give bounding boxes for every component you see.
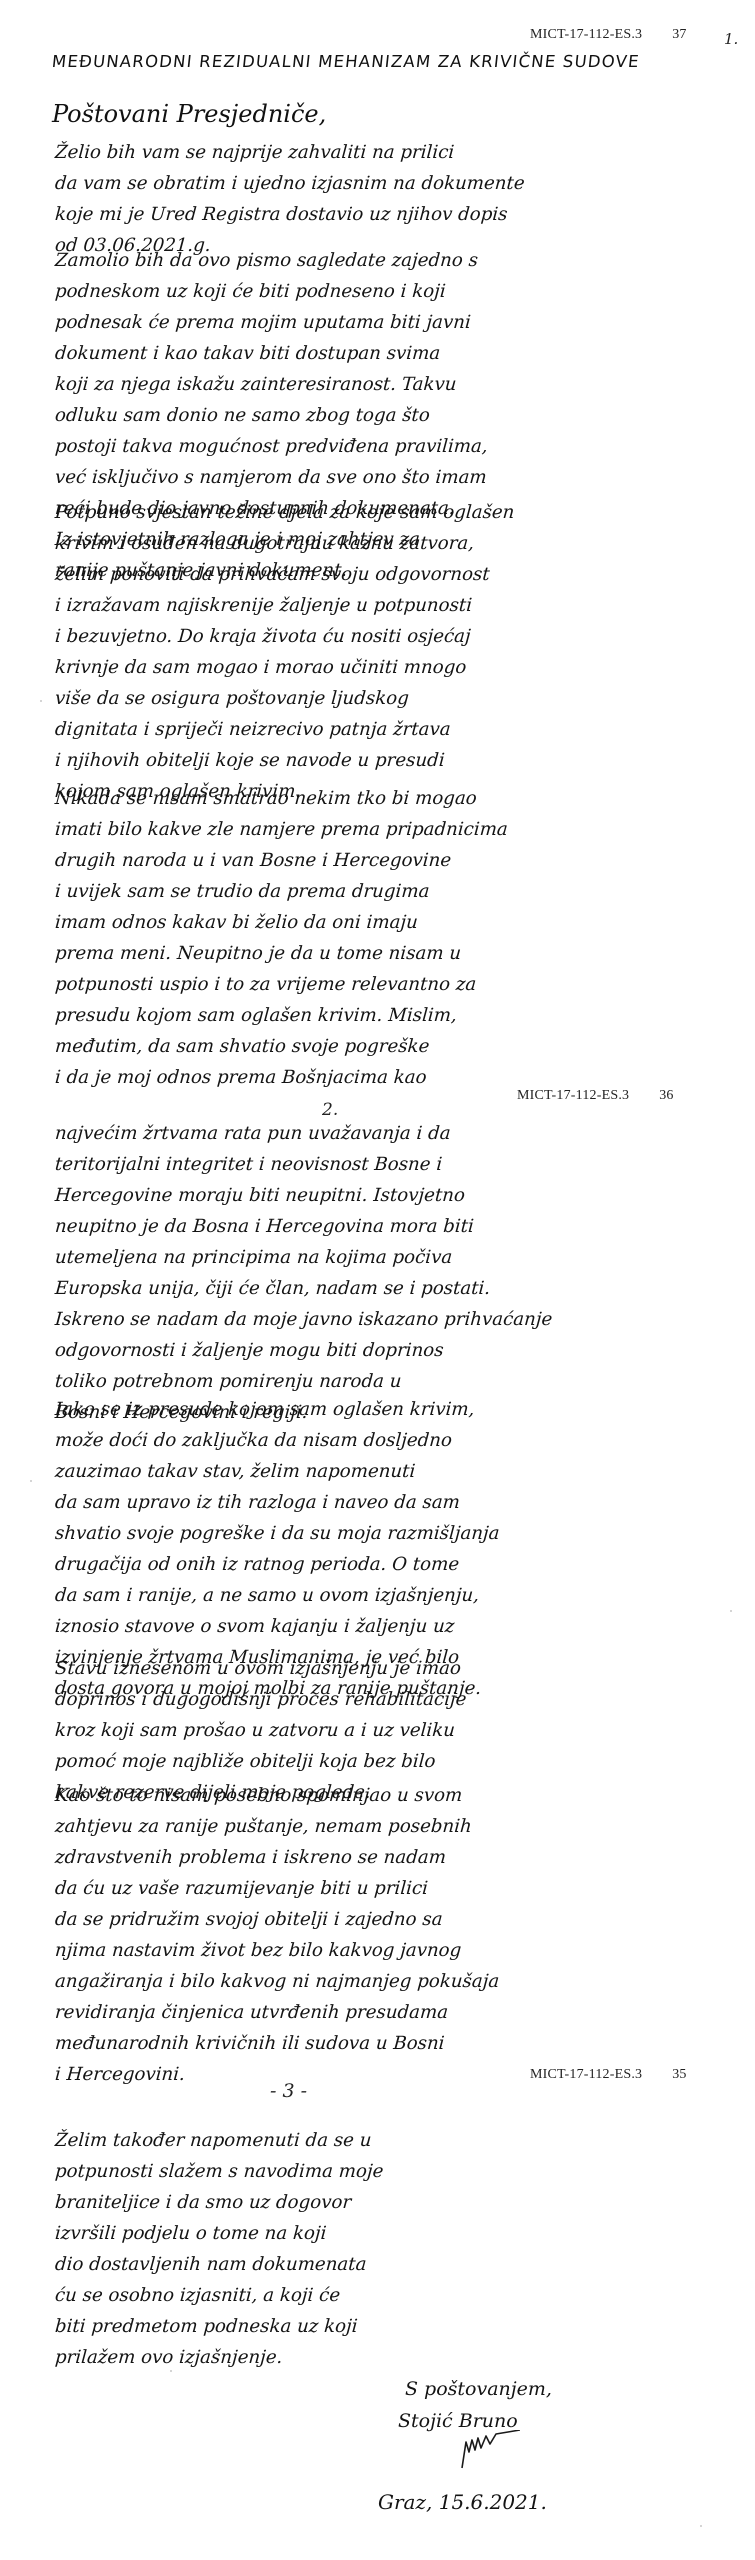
text-line: zdravstvenih problema i iskreno se nadam — [54, 1842, 726, 1873]
text-line: zauzimao takav stav, želim napomenuti — [54, 1456, 726, 1487]
letter-title: MEĐUNARODNI REZIDUALNI MEHANIZAM ZA KRIV… — [51, 52, 713, 71]
text-line: odgovornosti i žaljenje mogu biti doprin… — [54, 1335, 726, 1366]
scan-speck — [730, 1610, 732, 1612]
text-line: najvećim žrtvama rata pun uvažavanja i d… — [54, 1118, 726, 1149]
text-line: podnesak će prema mojim uputama biti jav… — [54, 307, 726, 338]
text-line: koje mi je Ured Registra dostavio uz nji… — [54, 199, 726, 230]
scan-speck — [170, 2370, 172, 2372]
text-line: ću se osobno izjasniti, a koji će — [54, 2280, 726, 2311]
text-line: dokument i kao takav biti dostupan svima — [54, 338, 726, 369]
signatory-name: Stojić Bruno — [398, 2410, 518, 2432]
text-line: podneskom uz koji će biti podneseno i ko… — [54, 276, 726, 307]
text-line: Zamolio bih da ovo pismo sagledate zajed… — [54, 245, 726, 276]
page-header: MICT-17-112-ES.336 — [517, 1088, 674, 1104]
text-line: dio dostavljenih nam dokumenata — [54, 2249, 726, 2280]
paragraph: Želim također napomenuti da se u potpuno… — [55, 2125, 725, 2373]
text-line: Stavu iznesenom u ovom izjašnjenju je im… — [54, 1653, 726, 1684]
text-line: utemeljena na principima na kojima počiv… — [54, 1242, 726, 1273]
page-header: MICT-17-112-ES.337 — [530, 27, 687, 43]
text-line: može doći do zaključka da nisam dosljedn… — [54, 1425, 726, 1456]
text-line: drugačija od onih iz ratnog perioda. O t… — [54, 1549, 726, 1580]
text-line: koji za njega iskažu zainteresiranost. T… — [54, 369, 726, 400]
handwritten-page-mark: 2. — [322, 1100, 338, 1120]
text-line: Kao što to nisam posebno spominjao u svo… — [54, 1780, 726, 1811]
text-line: neupitno je da Bosna i Hercegovina mora … — [54, 1211, 726, 1242]
text-line: iznosio stavove o svom kajanju i žaljenj… — [54, 1611, 726, 1642]
text-line: prema meni. Neupitno je da u tome nisam … — [54, 938, 726, 969]
paragraph: Potpuno svjestan težine djela za koje sa… — [55, 497, 725, 807]
text-line: toliko potrebnom pomirenju naroda u — [54, 1366, 726, 1397]
text-line: presudu kojom sam oglašen krivim. Mislim… — [54, 1000, 726, 1031]
text-line: prilažem ovo izjašnjenje. — [54, 2342, 726, 2373]
text-line: međunarodnih krivičnih ili sudova u Bosn… — [54, 2028, 726, 2059]
text-line: da sam i ranije, a ne samo u ovom izjašn… — [54, 1580, 726, 1611]
paragraph: Želio bih vam se najprije zahvaliti na p… — [55, 137, 725, 261]
text-line: da se pridružim svojoj obitelji i zajedn… — [54, 1904, 726, 1935]
page-number: 37 — [672, 27, 686, 42]
text-line: kroz koji sam prošao u zatvoru a i uz ve… — [54, 1715, 726, 1746]
text-line: Europska unija, čiji će član, nadam se i… — [54, 1273, 726, 1304]
text-line: Iskreno se nadam da moje javno iskazano … — [54, 1304, 726, 1335]
paragraph: Kao što to nisam posebno spominjao u svo… — [55, 1780, 725, 2090]
text-line: doprinos i dugogodišnji proces rehabilit… — [54, 1684, 726, 1715]
text-line: krivim i osuđen na dugotrajnu kaznu zatv… — [54, 528, 726, 559]
text-line: revidiranja činjenica utvrđenih presudam… — [54, 1997, 726, 2028]
text-line: dignitata i spriječi neizrecivo patnja ž… — [54, 714, 726, 745]
text-line: krivnje da sam mogao i morao učiniti mno… — [54, 652, 726, 683]
page-header: MICT-17-112-ES.335 — [530, 2067, 687, 2083]
text-line: teritorijalni integritet i neovisnost Bo… — [54, 1149, 726, 1180]
text-line: da ću uz vaše razumijevanje biti u prili… — [54, 1873, 726, 1904]
text-line: već isključivo s namjerom da sve ono što… — [54, 462, 726, 493]
text-line: drugih naroda u i van Bosne i Hercegovin… — [54, 845, 726, 876]
text-line: Potpuno svjestan težine djela za koje sa… — [54, 497, 726, 528]
scan-speck — [30, 1480, 32, 1482]
closing-phrase: S poštovanjem, — [405, 2378, 552, 2400]
text-line: više da se osigura poštovanje ljudskog — [54, 683, 726, 714]
text-line: da sam upravo iz tih razloga i naveo da … — [54, 1487, 726, 1518]
salutation: Poštovani Presjedniče, — [52, 100, 326, 128]
text-line: potpunosti slažem s navodima moje — [54, 2156, 726, 2187]
text-line: želim ponoviti da prihvaćam svoju odgovo… — [54, 559, 726, 590]
text-line: i uvijek sam se trudio da prema drugima — [54, 876, 726, 907]
text-line: imati bilo kakve zle namjere prema pripa… — [54, 814, 726, 845]
document-reference: MICT-17-112-ES.3 — [530, 2067, 642, 2082]
text-line: Hercegovine moraju biti neupitni. Istovj… — [54, 1180, 726, 1211]
document-reference: MICT-17-112-ES.3 — [530, 27, 642, 42]
place-and-date: Graz, 15.6.2021. — [378, 2490, 547, 2514]
paragraph: Nikada se nisam smatrao nekim tko bi mog… — [55, 783, 725, 1093]
text-line: i bezuvjetno. Do kraja života ću nositi … — [54, 621, 726, 652]
text-line: potpunosti uspio i to za vrijeme relevan… — [54, 969, 726, 1000]
page-number: 35 — [672, 2067, 686, 2082]
handwritten-page-mark: - 3 - — [270, 2080, 307, 2102]
document-reference: MICT-17-112-ES.3 — [517, 1088, 629, 1103]
text-line: Iako se iz presude kojom sam oglašen kri… — [54, 1394, 726, 1425]
text-line: shvatio svoje pogreške i da su moja razm… — [54, 1518, 726, 1549]
text-line: braniteljice i da smo uz dogovor — [54, 2187, 726, 2218]
text-line: imam odnos kakav bi želio da oni imaju — [54, 907, 726, 938]
page-number: 36 — [659, 1088, 673, 1103]
handwritten-page-mark: 1. — [724, 30, 738, 48]
text-line: i izražavam najiskrenije žaljenje u potp… — [54, 590, 726, 621]
text-line: da vam se obratim i ujedno izjasnim na d… — [54, 168, 726, 199]
text-line: postoji takva mogućnost predviđena pravi… — [54, 431, 726, 462]
scan-speck — [700, 2525, 702, 2527]
text-line: izvršili podjelu o tome na koji — [54, 2218, 726, 2249]
text-line: angažiranja i bilo kakvog ni najmanjeg p… — [54, 1966, 726, 1997]
text-line: pomoć moje najbliže obitelji koja bez bi… — [54, 1746, 726, 1777]
text-line: i njihovih obitelji koje se navode u pre… — [54, 745, 726, 776]
text-line: odluku sam donio ne samo zbog toga što — [54, 400, 726, 431]
paragraph: najvećim žrtvama rata pun uvažavanja i d… — [55, 1118, 725, 1428]
text-line: biti predmetom podneska uz koji — [54, 2311, 726, 2342]
text-line: zahtjevu za ranije puštanje, nemam poseb… — [54, 1811, 726, 1842]
text-line: međutim, da sam shvatio svoje pogreške — [54, 1031, 726, 1062]
text-line: Želim također napomenuti da se u — [54, 2125, 726, 2156]
text-line: njima nastavim život bez bilo kakvog jav… — [54, 1935, 726, 1966]
text-line: Nikada se nisam smatrao nekim tko bi mog… — [54, 783, 726, 814]
scan-speck — [40, 700, 42, 702]
text-line: Želio bih vam se najprije zahvaliti na p… — [54, 137, 726, 168]
signature-scribble-icon — [460, 2430, 520, 2470]
